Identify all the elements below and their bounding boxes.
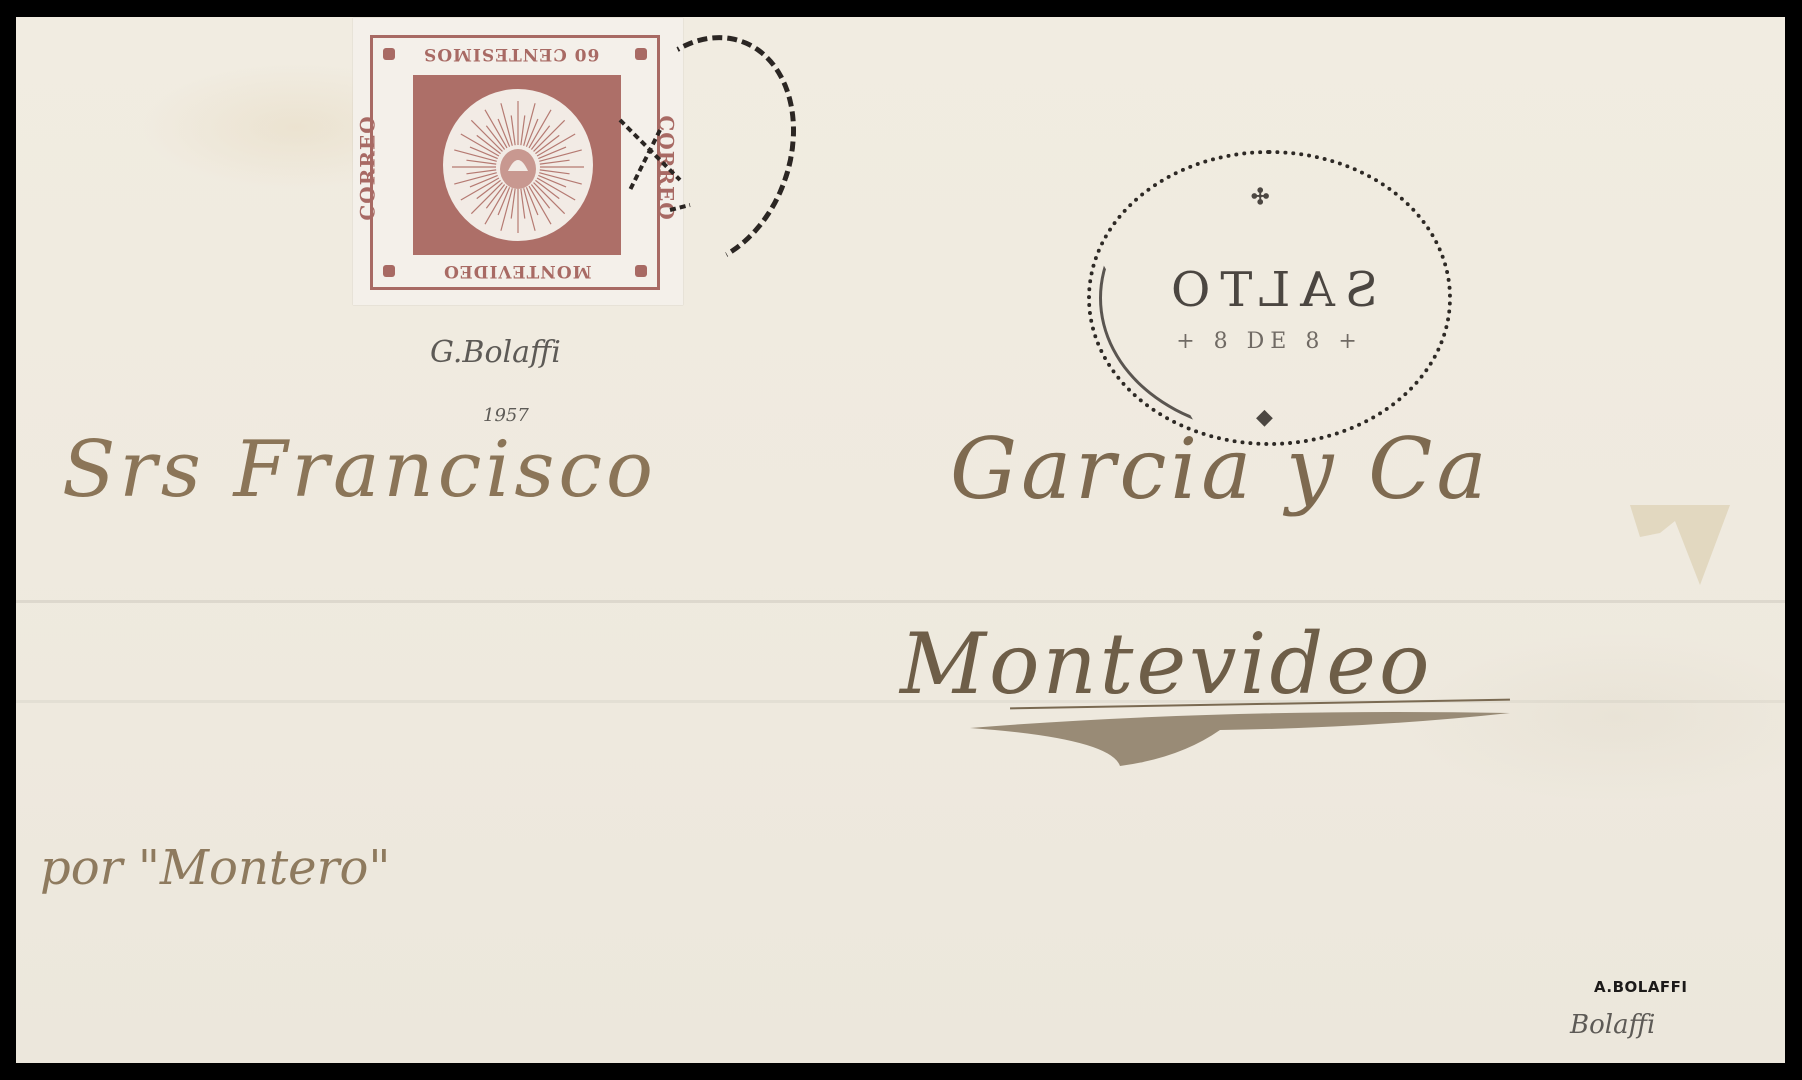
envelope-paper xyxy=(16,17,1785,1063)
stamp-center-panel xyxy=(413,75,621,255)
expert-signature: G.Bolaffi xyxy=(430,335,561,370)
corner-ornament-icon xyxy=(635,265,647,277)
routing-instruction: por "Montero" xyxy=(40,840,390,896)
ink-flourish xyxy=(970,708,1520,768)
stamp-city-text: MONTEVIDEO xyxy=(443,261,591,281)
cancel-marks xyxy=(610,100,730,240)
expert-signature-bottom: Bolaffi xyxy=(1570,1010,1655,1040)
address-line-2: Garcia y Ca xyxy=(950,420,1491,518)
postmark-date: + 8 DE 8 + xyxy=(1091,329,1448,354)
postmark-star-icon: ✣ xyxy=(1251,184,1269,210)
stamp-value-text: 60 CENTESIMOS xyxy=(423,44,599,64)
address-line-1: Srs Francisco xyxy=(62,425,657,515)
postmark-city: SALTO xyxy=(1091,262,1448,318)
expert-handstamp: A.BOLAFFI xyxy=(1594,978,1688,996)
address-line-3: Montevideo xyxy=(900,615,1433,713)
salto-postmark: SALTO + 8 DE 8 + ✣ ◆ xyxy=(1087,150,1452,446)
stamp-oval xyxy=(443,89,593,241)
sun-icon xyxy=(443,89,593,241)
corner-ornament-icon xyxy=(383,265,395,277)
fold-line xyxy=(16,600,1785,603)
corner-ornament-icon xyxy=(635,48,647,60)
corner-ornament-icon xyxy=(383,48,395,60)
stamp-left-text: CORREO xyxy=(356,115,380,220)
pencil-year: 1957 xyxy=(483,405,529,426)
